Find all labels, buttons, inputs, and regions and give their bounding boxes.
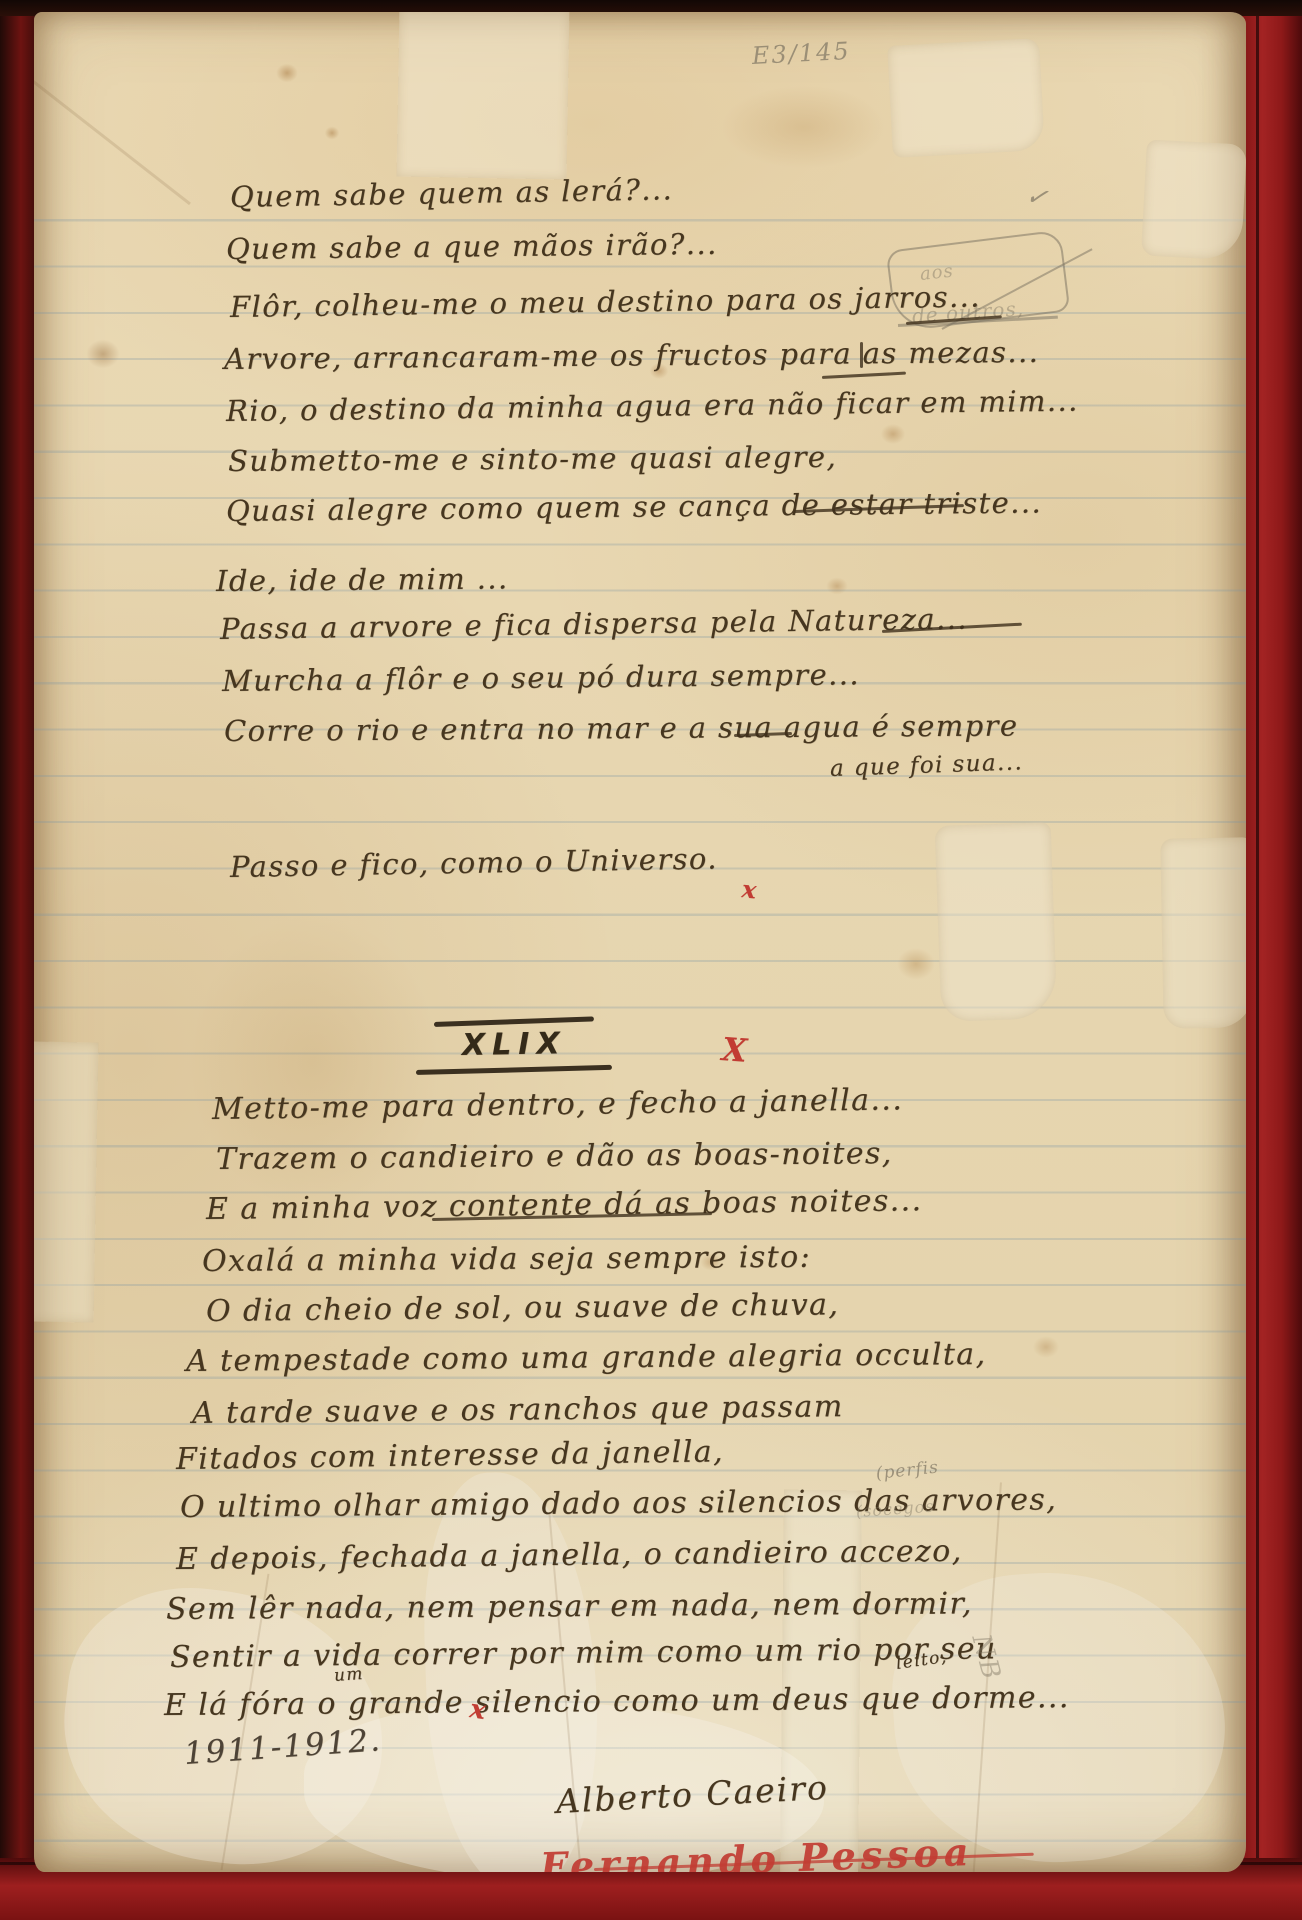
fox-spot [272, 60, 302, 86]
poem-line: Arvore, arrancaram-me os fructos para as… [224, 335, 1040, 376]
tape-repair [397, 12, 570, 179]
poem-line: O dia cheio de sol, ou suave de chuva, [206, 1287, 840, 1329]
poem-line: Quem sabe a que mãos irão?... [226, 227, 718, 266]
poem-line: Sem lêr nada, nem pensar em nada, nem do… [166, 1586, 973, 1627]
book-cover-left [0, 0, 38, 1920]
fox-spot [322, 124, 342, 142]
tape-repair [887, 38, 1045, 158]
poem-line: A tarde suave e os ranchos que passam [192, 1389, 844, 1431]
poem-line: Trazem o candieiro e dão as boas-noites, [216, 1136, 893, 1177]
red-x-mark: x [740, 874, 759, 904]
poem-line: Oxalá a minha vida seja sempre isto: [202, 1240, 811, 1279]
poem-line: A tempestade como uma grande alegria occ… [186, 1337, 987, 1379]
red-x-mark: X [721, 1030, 750, 1070]
poem-line: Murcha a flôr e o seu pó dura sempre... [222, 657, 860, 698]
book-cover-right [1238, 0, 1302, 1920]
poem-line: Corre o rio e entra no mar e a sua agua … [224, 708, 1019, 748]
manuscript-photo: E3/145 aos de outros, ✓ Quem sabe quem a… [0, 0, 1302, 1920]
section-heading: XLIX [462, 1026, 567, 1063]
stain [694, 72, 914, 182]
interline-insertion: um [333, 1664, 364, 1686]
poem-line: Submetto-me e sinto-me quasi alegre, [228, 440, 837, 478]
archive-number: E3/145 [751, 37, 851, 70]
poem-line: Ide, ide de mim ... [216, 561, 509, 598]
ink-caret [860, 342, 863, 368]
manuscript-page: E3/145 aos de outros, ✓ Quem sabe quem a… [34, 12, 1246, 1872]
